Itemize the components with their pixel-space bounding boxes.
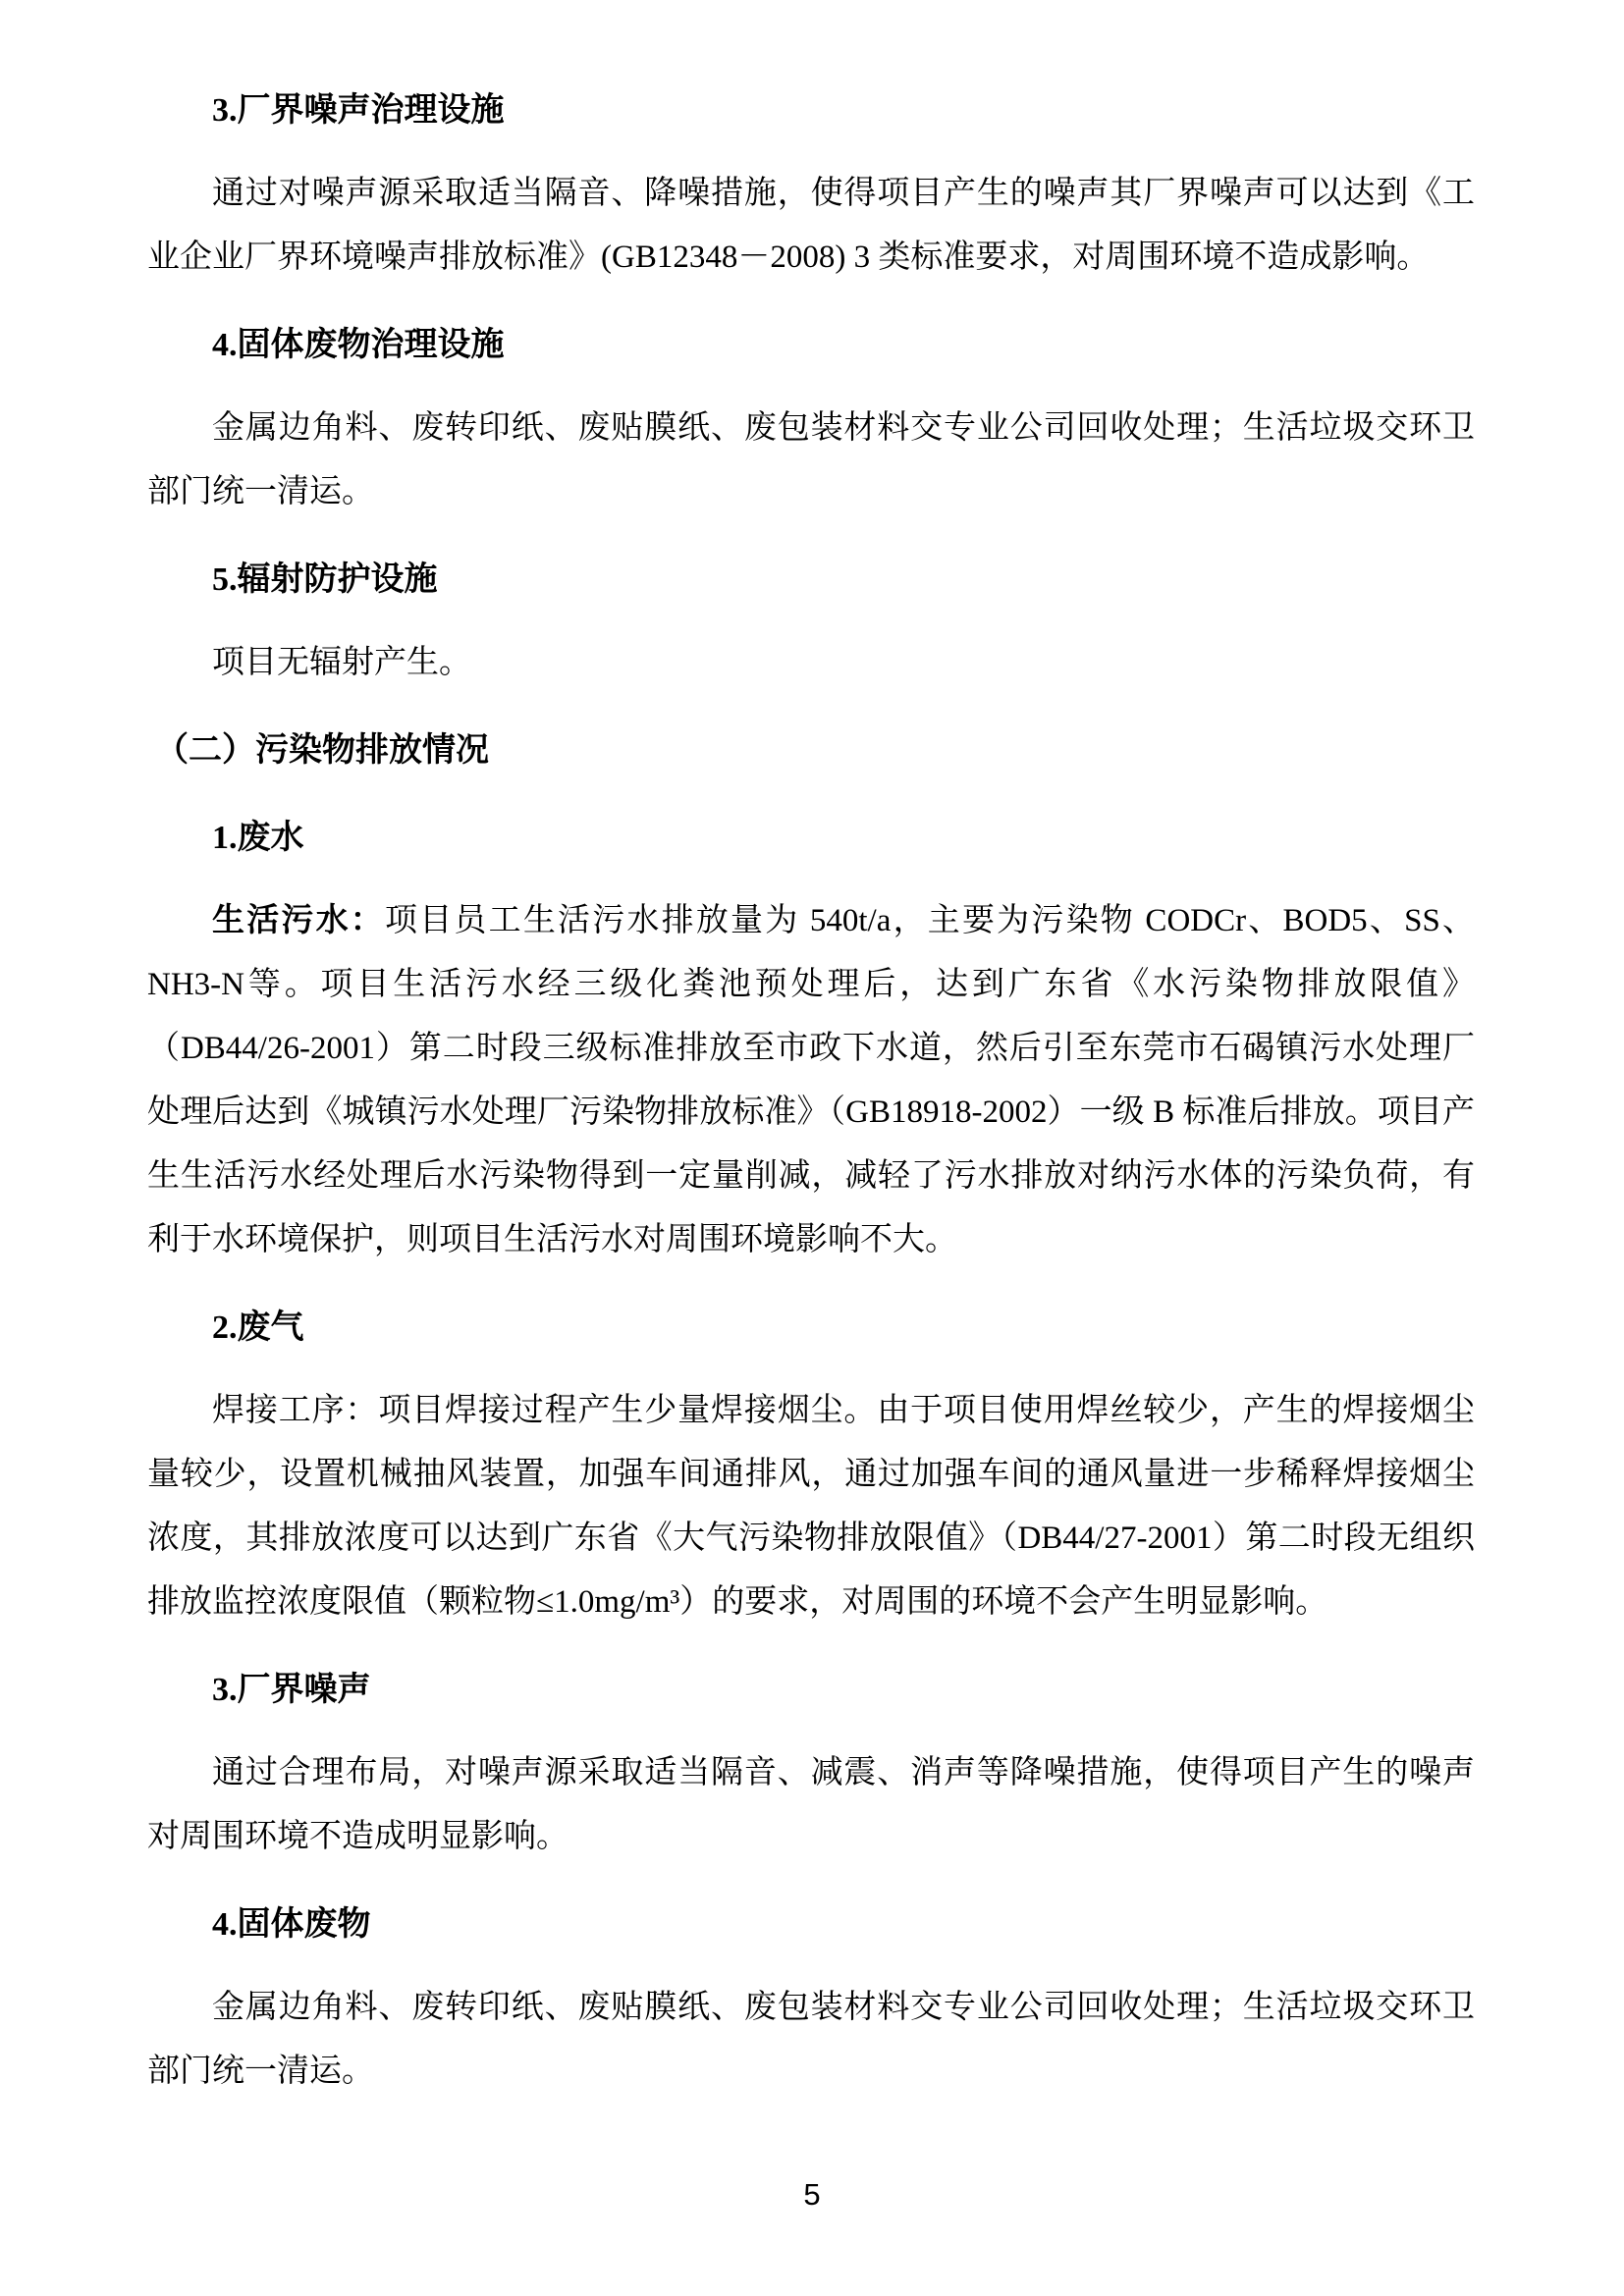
section-heading-boundary-noise: 3.厂界噪声 — [147, 1658, 1475, 1722]
section-heading-radiation-protection: 5.辐射防护设施 — [147, 548, 1475, 612]
paragraph-boundary-noise: 通过合理布局，对噪声源采取适当隔音、减震、消声等降噪措施，使得项目产生的噪声对周… — [147, 1741, 1475, 1869]
section-heading-pollutant-discharge: （二）污染物排放情况 — [147, 719, 1475, 782]
paragraph-lead-domestic-sewage: 生活污水： — [212, 903, 385, 938]
section-heading-waste-gas: 2.废气 — [147, 1296, 1475, 1360]
section-heading-solid-waste: 4.固体废物 — [147, 1893, 1475, 1956]
paragraph-solid-waste-2: 金属边角料、废转印纸、废贴膜纸、废包装材料交专业公司回收处理；生活垃圾交环卫部门… — [147, 1976, 1475, 2104]
paragraph-radiation: 项目无辐射产生。 — [147, 631, 1475, 695]
section-heading-solid-waste-facilities: 4.固体废物治理设施 — [147, 313, 1475, 377]
section-heading-noise-control-facilities: 3.厂界噪声治理设施 — [147, 79, 1475, 142]
paragraph-wastewater: 生活污水：项目员工生活污水排放量为 540t/a，主要为污染物 CODCr、BO… — [147, 889, 1475, 1272]
page-number: 5 — [0, 2177, 1624, 2213]
document-page: 3.厂界噪声治理设施 通过对噪声源采取适当隔音、降噪措施，使得项目产生的噪声其厂… — [0, 0, 1624, 2296]
paragraph-waste-gas: 焊接工序：项目焊接过程产生少量焊接烟尘。由于项目使用焊丝较少，产生的焊接烟尘量较… — [147, 1379, 1475, 1634]
paragraph-solid-waste: 金属边角料、废转印纸、废贴膜纸、废包装材料交专业公司回收处理；生活垃圾交环卫部门… — [147, 397, 1475, 524]
section-heading-wastewater: 1.废水 — [147, 806, 1475, 870]
paragraph-wastewater-body: 项目员工生活污水排放量为 540t/a，主要为污染物 CODCr、BOD5、SS… — [147, 903, 1475, 1257]
paragraph-noise-control: 通过对噪声源采取适当隔音、降噪措施，使得项目产生的噪声其厂界噪声可以达到《工业企… — [147, 162, 1475, 290]
